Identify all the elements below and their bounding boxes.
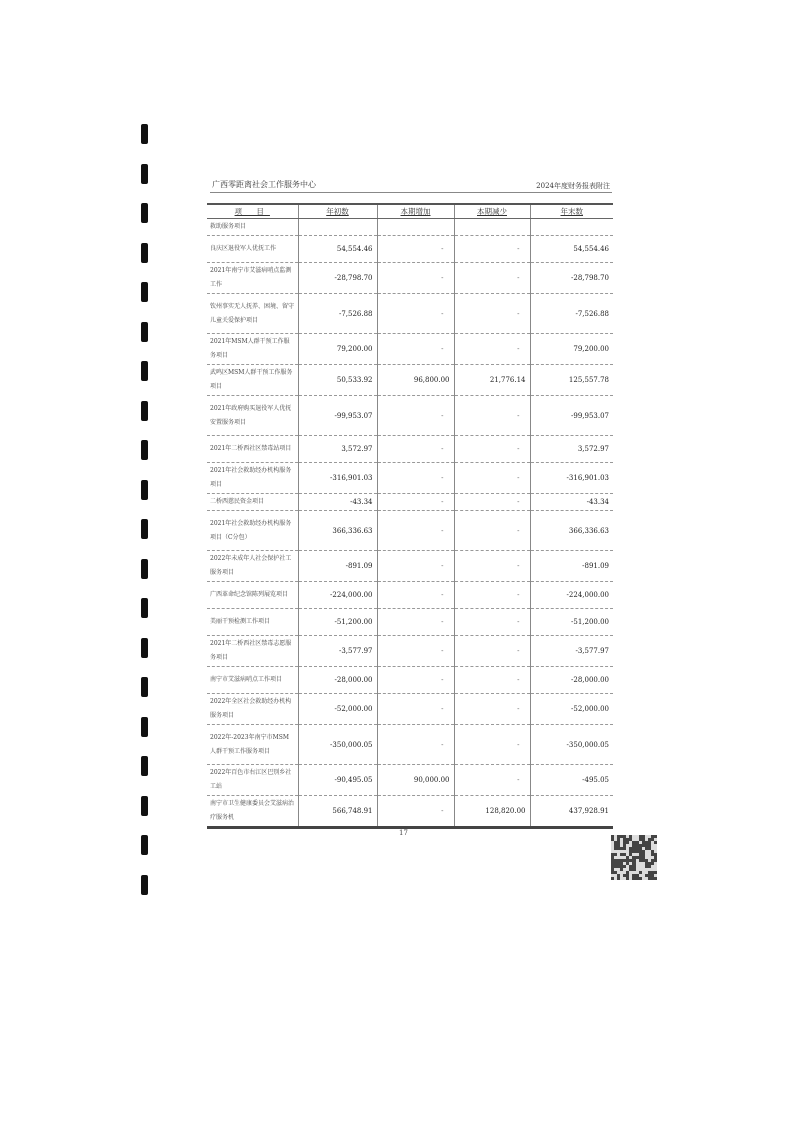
cell-closing: -52,000.00 [530,694,613,725]
table-row: 2022年百色市右江区巴别乡社工站-90,495.0590,000.00--49… [207,765,613,796]
cell-decrease: - [454,582,530,609]
cell-increase [377,219,454,236]
cell-item: 2021年二桥西社区禁毒志愿服务项目 [207,636,298,667]
binding-hole-mark-icon [141,519,148,539]
cell-decrease: - [454,294,530,334]
cell-decrease: - [454,396,530,436]
table-row: 武鸣区MSM人群干预工作服务项目50,533.9296,800.0021,776… [207,365,613,396]
cell-item: 2022年全区社会救助经办机构服务项目 [207,694,298,725]
cell-closing: 437,928.91 [530,796,613,828]
cell-closing: 366,336.63 [530,511,613,551]
cell-item: 二桥西慈民资金项目 [207,494,298,511]
cell-closing: -224,000.00 [530,582,613,609]
cell-opening [298,219,377,236]
cell-opening: -52,000.00 [298,694,377,725]
table-row: 2021年二桥西社区禁毒志愿服务项目-3,577.97---3,577.97 [207,636,613,667]
cell-increase: - [377,236,454,263]
cell-closing: 125,557.78 [530,365,613,396]
cell-closing: 79,200.00 [530,334,613,365]
document-header: 广西零距离社会工作服务中心 2024年度财务报表附注 [210,176,612,193]
cell-closing [530,219,613,236]
table-row: 2022年全区社会救助经办机构服务项目-52,000.00---52,000.0… [207,694,613,725]
table-row: 良庆区退役军人优抚工作54,554.46--54,554.46 [207,236,613,263]
cell-decrease: - [454,609,530,636]
cell-increase: 90,000.00 [377,765,454,796]
table-row: 2022年未成年人社会保护社工服务项目-891.09---891.09 [207,551,613,582]
cell-opening: -3,577.97 [298,636,377,667]
cell-increase: - [377,396,454,436]
cell-increase: - [377,463,454,494]
table-row: 南宁市卫生健康委员会艾滋病治疗服务机566,748.91-128,820.004… [207,796,613,828]
binding-hole-mark-icon [141,322,148,342]
binding-hole-mark-icon [141,243,148,263]
cell-closing: -28,798.70 [530,263,613,294]
cell-item: 2021年二桥西社区禁毒站项目 [207,436,298,463]
cell-decrease: - [454,463,530,494]
cell-item: 2021年社会救助经办机构服务项目（C分包） [207,511,298,551]
cell-opening: -891.09 [298,551,377,582]
cell-item: 2022年百色市右江区巴别乡社工站 [207,765,298,796]
cell-closing: -28,000.00 [530,667,613,694]
cell-item: 2021年南宁市艾滋病哨点监测工作 [207,263,298,294]
cell-decrease: - [454,765,530,796]
cell-item: 广西革命纪念馆陈列展览项目 [207,582,298,609]
column-header-increase: 本期增加 [377,204,454,219]
cell-item: 美丽干预检测工作项目 [207,609,298,636]
cell-increase: - [377,263,454,294]
cell-opening: -28,798.70 [298,263,377,294]
cell-decrease: - [454,725,530,765]
cell-increase: 96,800.00 [377,365,454,396]
binding-hole-mark-icon [141,164,148,184]
cell-opening: -28,000.00 [298,667,377,694]
cell-closing: -99,953.07 [530,396,613,436]
binding-hole-mark-icon [141,677,148,697]
column-header-item: 项 目 [207,204,298,219]
cell-increase: - [377,725,454,765]
binding-hole-mark-icon [141,203,148,223]
binding-hole-mark-icon [141,401,148,421]
cell-opening: 50,533.92 [298,365,377,396]
binding-hole-mark-icon [141,361,148,381]
cell-opening: -316,901.03 [298,463,377,494]
cell-opening: 54,554.46 [298,236,377,263]
cell-opening: 366,336.63 [298,511,377,551]
cell-item: 武鸣区MSM人群干预工作服务项目 [207,365,298,396]
cell-increase: - [377,511,454,551]
cell-item: 钦州事实无人抚养、困境、留守儿童关爱保护项目 [207,294,298,334]
cell-closing: 3,572.97 [530,436,613,463]
cell-decrease: - [454,263,530,294]
cell-item: 良庆区退役军人优抚工作 [207,236,298,263]
cell-increase: - [377,609,454,636]
cell-opening: -90,495.05 [298,765,377,796]
cell-decrease [454,219,530,236]
cell-decrease: - [454,667,530,694]
cell-increase: - [377,294,454,334]
binding-hole-mark-icon [141,124,148,144]
organization-name: 广西零距离社会工作服务中心 [212,179,316,190]
binding-hole-mark-icon [141,717,148,737]
cell-closing: -350,000.05 [530,725,613,765]
table-row: 2021年南宁市艾滋病哨点监测工作-28,798.70---28,798.70 [207,263,613,294]
cell-opening: 3,572.97 [298,436,377,463]
binding-hole-mark-icon [141,638,148,658]
cell-item: 南宁市艾滋病哨点工作项目 [207,667,298,694]
cell-opening: 566,748.91 [298,796,377,828]
cell-item: 2022年-2023年南宁市MSM人群干预工作服务项目 [207,725,298,765]
table-row: 2021年社会救助经办机构服务项目-316,901.03---316,901.0… [207,463,613,494]
cell-item: 2021年MSM人群干预工作服务项目 [207,334,298,365]
cell-opening: -350,000.05 [298,725,377,765]
cell-decrease: - [454,636,530,667]
cell-opening: -224,000.00 [298,582,377,609]
cell-opening: -99,953.07 [298,396,377,436]
cell-increase: - [377,494,454,511]
binding-hole-mark-icon [141,875,148,895]
cell-increase: - [377,551,454,582]
cell-increase: - [377,796,454,828]
binding-hole-mark-icon [141,756,148,776]
cell-increase: - [377,667,454,694]
table-row: 2021年MSM人群干预工作服务项目79,200.00--79,200.00 [207,334,613,365]
ledger-table: 项 目 年初数 本期增加 本期减少 年末数 救助服务项目良庆区退役军人优抚工作5… [207,203,613,829]
cell-opening: -51,200.00 [298,609,377,636]
report-title: 2024年度财务报表附注 [536,181,610,191]
cell-closing: 54,554.46 [530,236,613,263]
column-header-opening: 年初数 [298,204,377,219]
column-header-closing: 年末数 [530,204,613,219]
table-row: 美丽干预检测工作项目-51,200.00---51,200.00 [207,609,613,636]
cell-closing: -43.34 [530,494,613,511]
cell-opening: -7,526.88 [298,294,377,334]
cell-closing: -7,526.88 [530,294,613,334]
binding-hole-mark-icon [141,480,148,500]
table-row: 2021年政府购买退役军人优抚安置服务项目-99,953.07---99,953… [207,396,613,436]
cell-item: 南宁市卫生健康委员会艾滋病治疗服务机 [207,796,298,828]
cell-decrease: - [454,236,530,263]
cell-increase: - [377,636,454,667]
table-row: 2021年社会救助经办机构服务项目（C分包）366,336.63--366,33… [207,511,613,551]
cell-decrease: - [454,694,530,725]
binding-hole-mark-icon [141,282,148,302]
cell-decrease: - [454,494,530,511]
qr-code-icon [611,835,657,880]
cell-opening: 79,200.00 [298,334,377,365]
cell-decrease: - [454,511,530,551]
cell-increase: - [377,334,454,365]
table-header-row: 项 目 年初数 本期增加 本期减少 年末数 [207,204,613,219]
page-number: 17 [399,829,408,837]
cell-item: 救助服务项目 [207,219,298,236]
cell-closing: -316,901.03 [530,463,613,494]
table-row: 2021年二桥西社区禁毒站项目3,572.97--3,572.97 [207,436,613,463]
binding-hole-mark-icon [141,835,148,855]
cell-increase: - [377,694,454,725]
cell-decrease: 21,776.14 [454,365,530,396]
cell-decrease: 128,820.00 [454,796,530,828]
binding-hole-mark-icon [141,440,148,460]
column-header-decrease: 本期减少 [454,204,530,219]
cell-closing: -495.05 [530,765,613,796]
cell-closing: -3,577.97 [530,636,613,667]
table-row: 钦州事实无人抚养、困境、留守儿童关爱保护项目-7,526.88---7,526.… [207,294,613,334]
cell-increase: - [377,436,454,463]
cell-item: 2022年未成年人社会保护社工服务项目 [207,551,298,582]
binding-hole-mark-icon [141,559,148,579]
table-row: 2022年-2023年南宁市MSM人群干预工作服务项目-350,000.05--… [207,725,613,765]
cell-closing: -891.09 [530,551,613,582]
cell-opening: -43.34 [298,494,377,511]
cell-item: 2021年政府购买退役军人优抚安置服务项目 [207,396,298,436]
cell-decrease: - [454,436,530,463]
table-row: 广西革命纪念馆陈列展览项目-224,000.00---224,000.00 [207,582,613,609]
table-row: 救助服务项目 [207,219,613,236]
cell-increase: - [377,582,454,609]
binding-hole-mark-icon [141,598,148,618]
cell-decrease: - [454,334,530,365]
cell-item: 2021年社会救助经办机构服务项目 [207,463,298,494]
table-row: 南宁市艾滋病哨点工作项目-28,000.00---28,000.00 [207,667,613,694]
cell-closing: -51,200.00 [530,609,613,636]
table-row: 二桥西慈民资金项目-43.34---43.34 [207,494,613,511]
ledger-body: 救助服务项目良庆区退役军人优抚工作54,554.46--54,554.46202… [207,219,613,828]
binding-hole-mark-icon [141,796,148,816]
cell-decrease: - [454,551,530,582]
